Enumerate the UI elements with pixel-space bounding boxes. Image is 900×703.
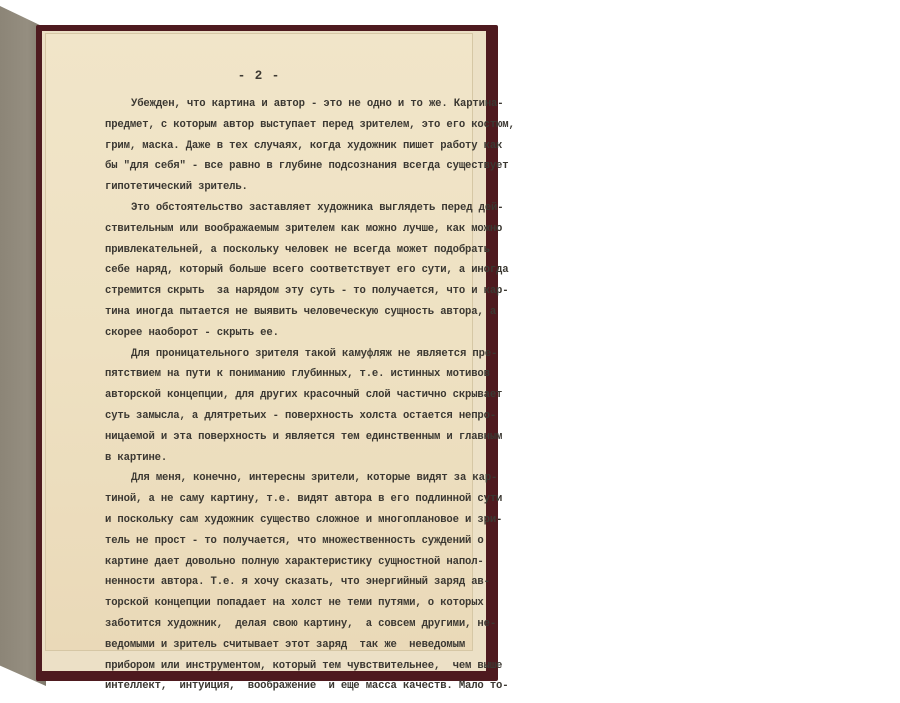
text-line: ствительным или воображаемым зрителем ка… [105, 219, 479, 240]
text-line: тина иногда пытается не выявить человече… [105, 302, 479, 323]
text-line: заботится художник, делая свою картину, … [105, 614, 479, 635]
text-line: пятствием на пути к пониманию глубинных,… [105, 364, 479, 385]
typewritten-page: - 2 - Убежден, что картина и автор - это… [45, 33, 473, 651]
text-line: привлекательней, а поскольку человек не … [105, 240, 479, 261]
text-line: торской концепции попадает на холст не т… [105, 593, 479, 614]
text-line: тель не прост - то получается, что множе… [105, 531, 479, 552]
text-line: авторской концепции, для других красочны… [105, 385, 479, 406]
text-line: гипотетический зритель. [105, 177, 479, 198]
text-line: прибором или инструментом, который тем ч… [105, 656, 479, 677]
text-line: предмет, с которым автор выступает перед… [105, 115, 479, 136]
text-line: тиной, а не саму картину, т.е. видят авт… [105, 489, 479, 510]
text-line: и поскольку сам художник существо сложно… [105, 510, 479, 531]
text-line: суть замысла, а длятретьих - поверхность… [105, 406, 479, 427]
text-line: интеллект, интуиция, воображение и еще м… [105, 676, 479, 697]
paragraph: Убежден, что картина и автор - это не од… [105, 94, 479, 198]
text-line: в картине. [105, 448, 479, 469]
text-line: стремится скрыть за нарядом эту суть - т… [105, 281, 479, 302]
text-line: Для проницательного зрителя такой камуфл… [105, 344, 479, 365]
paragraph: Это обстоятельство заставляет художника … [105, 198, 479, 344]
text-line: Убежден, что картина и автор - это не од… [105, 94, 479, 115]
page-number: - 2 - [45, 69, 473, 83]
text-line: Для меня, конечно, интересны зрители, ко… [105, 468, 479, 489]
text-line: бы "для себя" - все равно в глубине подс… [105, 156, 479, 177]
text-line: Это обстоятельство заставляет художника … [105, 198, 479, 219]
paragraph: Для меня, конечно, интересны зрители, ко… [105, 468, 479, 697]
text-line: ненности автора. Т.е. я хочу сказать, чт… [105, 572, 479, 593]
text-line: скорее наоборот - скрыть ее. [105, 323, 479, 344]
text-line: ницаемой и эта поверхность и является те… [105, 427, 479, 448]
text-line: картине дает довольно полную характерист… [105, 552, 479, 573]
text-line: грим, маска. Даже в тех случаях, когда х… [105, 136, 479, 157]
text-line: ведомыми и зритель считывает этот заряд … [105, 635, 479, 656]
paragraph: Для проницательного зрителя такой камуфл… [105, 344, 479, 469]
body-text: Убежден, что картина и автор - это не од… [105, 94, 479, 697]
text-line: себе наряд, который больше всего соответ… [105, 260, 479, 281]
